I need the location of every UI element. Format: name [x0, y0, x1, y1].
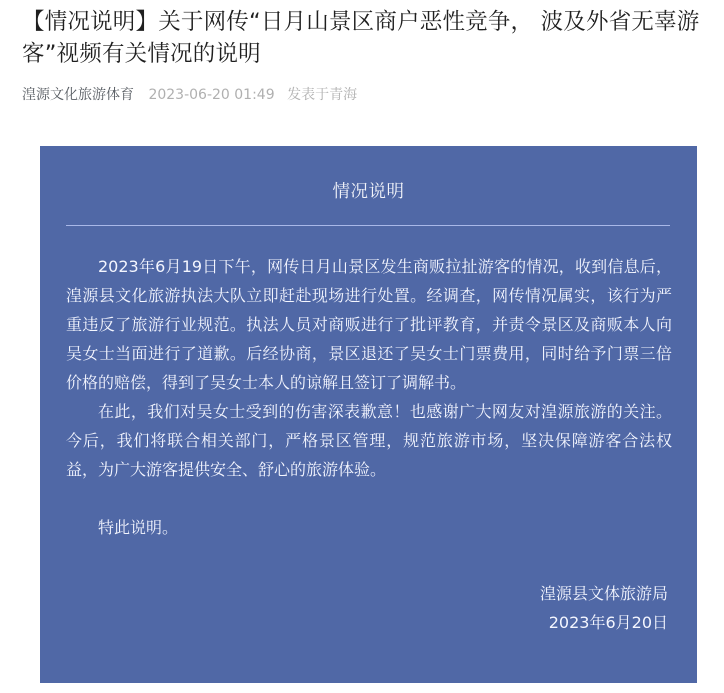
- notice-paragraph: 2023年6月19日下午，网传日月山景区发生商贩拉扯游客的情况，收到信息后，湟源…: [66, 252, 672, 397]
- publish-location: 发表于青海: [287, 87, 357, 103]
- account-name-link[interactable]: 湟源文化旅游体育: [22, 87, 134, 103]
- notice-signature: 湟源县文体旅游局 2023年6月20日: [540, 579, 668, 637]
- notice-paragraph: 在此，我们对吴女士受到的伤害深表歉意！也感谢广大网友对湟源旅游的关注。今后，我们…: [66, 397, 672, 484]
- title-divider: [66, 225, 670, 226]
- signature-organization: 湟源县文体旅游局: [540, 579, 668, 608]
- article-meta: 湟源文化旅游体育 2023-06-20 01:49 发表于青海: [22, 85, 357, 105]
- notice-title: 情况说明: [40, 180, 697, 204]
- signature-date: 2023年6月20日: [540, 608, 668, 637]
- notice-image-panel: 情况说明 2023年6月19日下午，网传日月山景区发生商贩拉扯游客的情况，收到信…: [40, 146, 697, 683]
- notice-body: 2023年6月19日下午，网传日月山景区发生商贩拉扯游客的情况，收到信息后，湟源…: [66, 252, 672, 542]
- publish-time: 2023-06-20 01:49: [148, 87, 274, 103]
- notice-closing: 特此说明。: [66, 513, 672, 542]
- article-title: 【情况说明】关于网传“日月山景区商户恶性竞争， 波及外省无辜游客”视频有关情况的…: [22, 6, 712, 70]
